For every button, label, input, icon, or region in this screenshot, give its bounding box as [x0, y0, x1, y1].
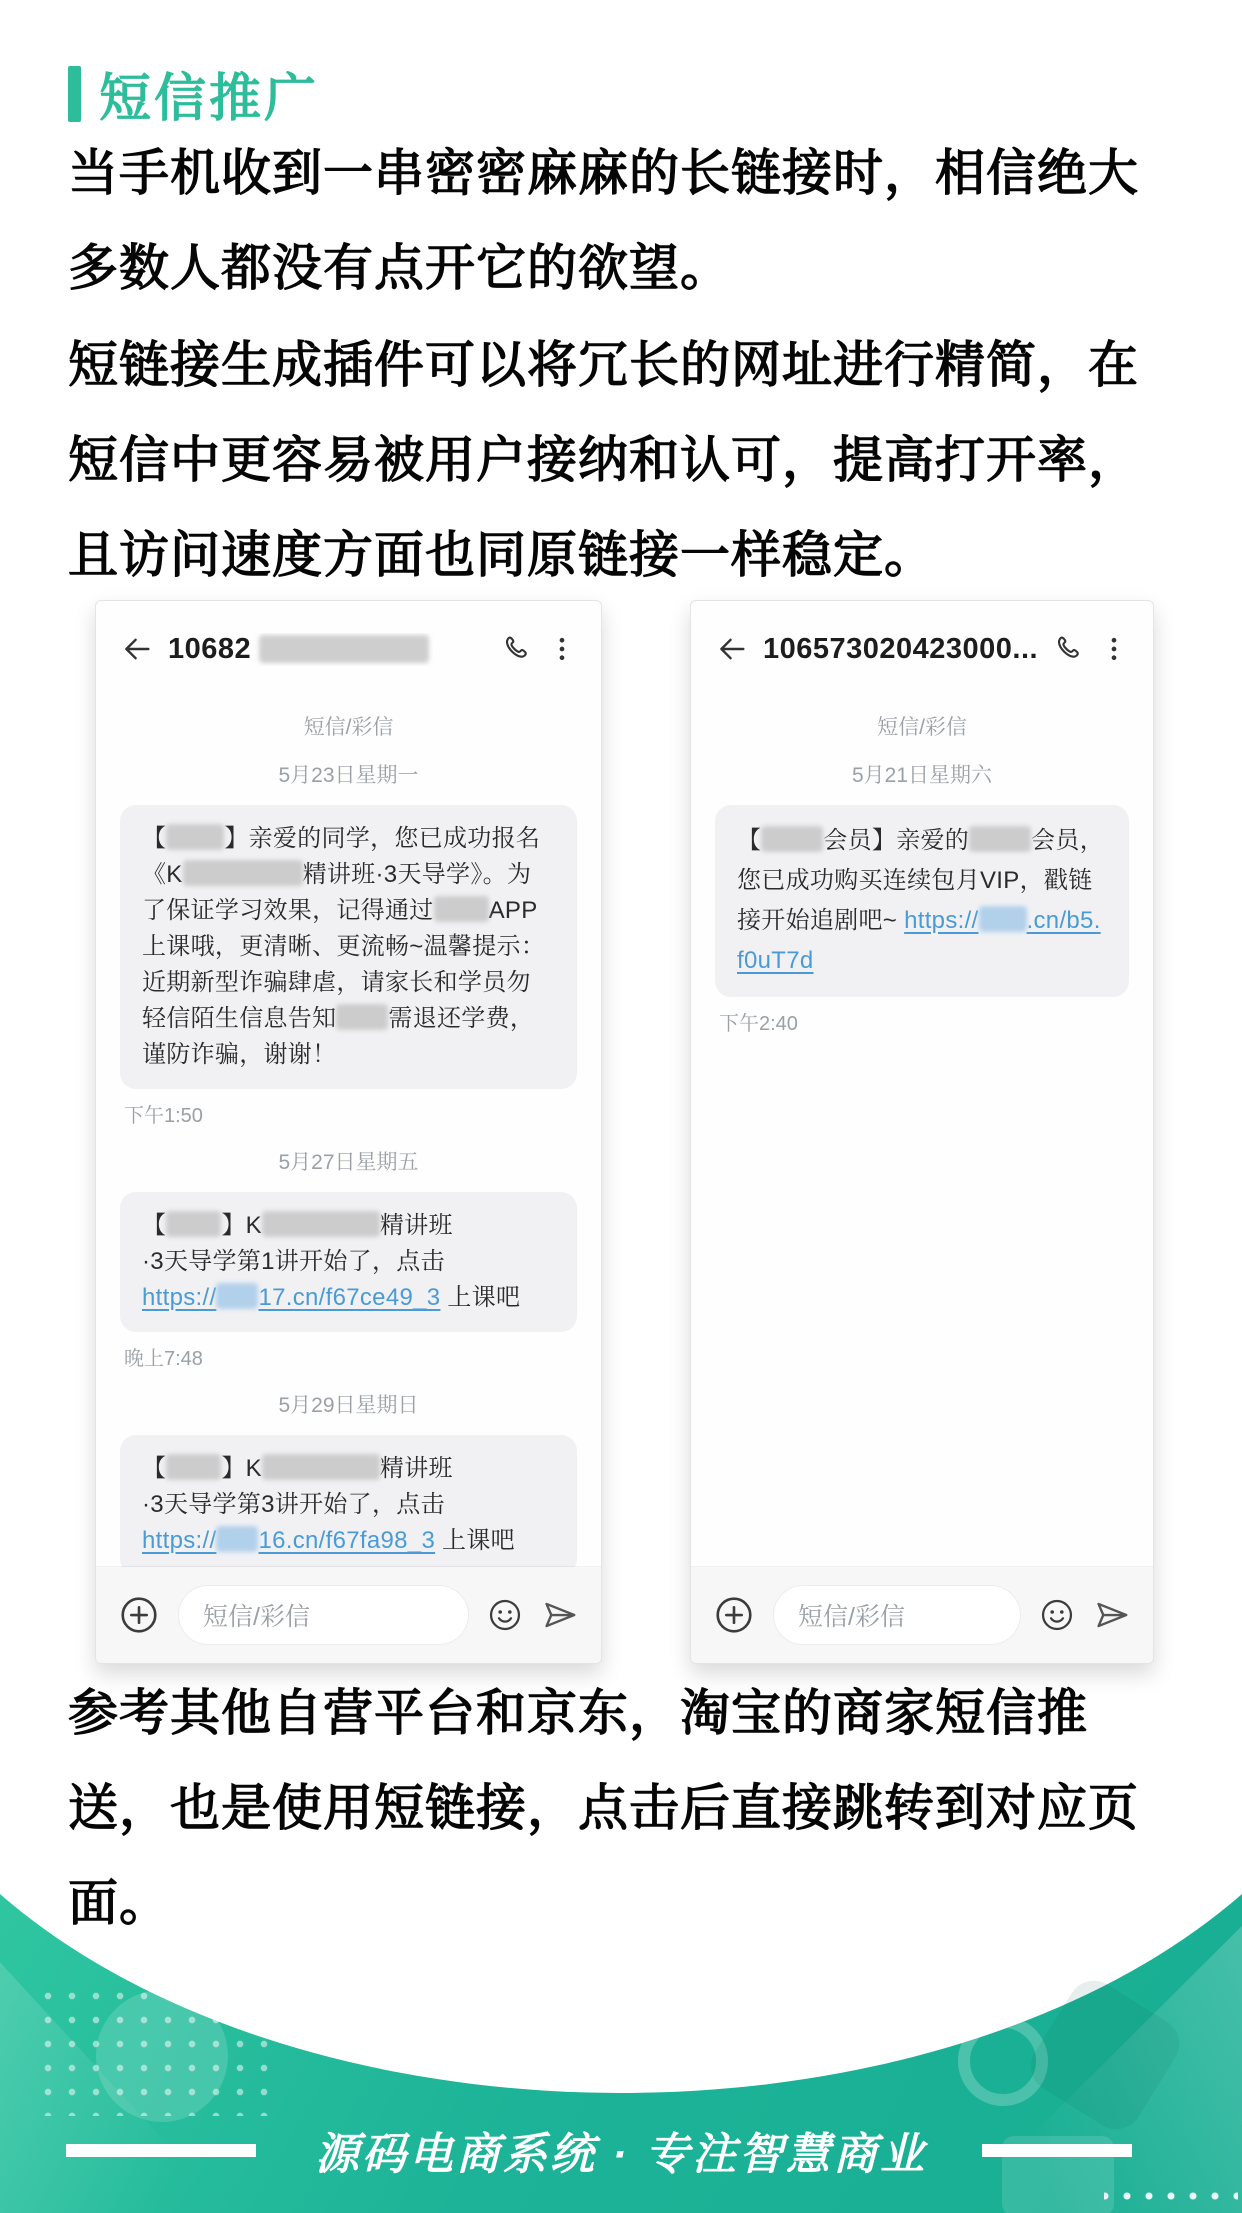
send-icon[interactable] [1093, 1596, 1131, 1634]
sms-message-bubble: 【会员】亲爱的会员，您已成功购买连续包月VIP，戳链接开始追剧吧~ https:… [715, 805, 1129, 997]
back-arrow-icon[interactable] [715, 632, 749, 666]
page-title: 短信推广 [99, 56, 319, 131]
sms-short-link[interactable]: https://17.cn/f67ce49_3 [142, 1284, 440, 1311]
message-text: 会员】亲爱的 [823, 827, 969, 854]
sms-thread: 短信/彩信5月23日星期一【】亲爱的同学，您已成功报名《K精讲班·3天导学》。为… [96, 697, 601, 1567]
footer-dot-grid [36, 1984, 272, 2116]
redacted-text [166, 824, 224, 850]
sms-app-header: 106573020423000... [691, 601, 1153, 697]
contact-number: 106573020423000... [763, 633, 1039, 666]
redacted-text [434, 896, 489, 922]
message-text: 精讲班 [380, 1212, 453, 1239]
message-text: 】K [221, 1455, 262, 1482]
date-divider: 5月23日星期一 [120, 759, 577, 789]
add-attachment-icon[interactable] [118, 1594, 160, 1636]
date-divider: 5月27日星期五 [120, 1146, 577, 1176]
message-timestamp: 下午2:40 [719, 1007, 1129, 1036]
redacted-text [969, 826, 1031, 852]
message-text: 精讲班 [380, 1455, 453, 1482]
thread-type-label: 短信/彩信 [120, 711, 577, 741]
message-text: ·3天导学第3讲开始了，点击 [142, 1491, 445, 1518]
title-accent-bar [68, 66, 81, 122]
message-text: 上课吧 [440, 1284, 520, 1311]
thread-type-label: 短信/彩信 [715, 711, 1129, 741]
brand-tagline: 源码电商系统 · 专注智慧商业 [0, 2118, 1242, 2182]
redacted-link-text [216, 1283, 258, 1309]
back-arrow-icon[interactable] [120, 632, 154, 666]
phone-call-icon[interactable] [501, 633, 533, 665]
intro-paragraph: 当手机收到一串密密麻麻的长链接时，相信绝大多数人都没有点开它的欲望。 [68, 126, 1186, 316]
link-text: 17.cn/f67ce49_3 [258, 1284, 440, 1311]
date-divider: 5月21日星期六 [715, 759, 1129, 789]
message-text: 【 [737, 827, 761, 854]
footer-dot-row [1104, 2190, 1238, 2202]
message-text: ·3天导学第1讲开始了，点击 [142, 1248, 445, 1275]
redacted-text [336, 1004, 388, 1030]
link-text: 16.cn/f67fa98_3 [258, 1527, 435, 1554]
message-text: 【 [142, 1212, 166, 1239]
message-input[interactable]: 短信/彩信 [773, 1585, 1021, 1645]
redacted-link-text [979, 906, 1027, 932]
sms-screenshot-left: 10682 短信/彩信5月23日星期一【】亲爱的同学，您已成功报名《K精讲班·3… [95, 600, 602, 1664]
sms-message-bubble: 【】亲爱的同学，您已成功报名《K精讲班·3天导学》。为了保证学习效果，记得通过A… [120, 805, 577, 1089]
benefit-paragraph: 短链接生成插件可以将冗长的网址进行精简，在短信中更容易被用户接纳和认可，提高打开… [68, 318, 1186, 603]
message-input-placeholder: 短信/彩信 [203, 1597, 310, 1633]
poster-page: 短信推广 当手机收到一串密密麻麻的长链接时，相信绝大多数人都没有点开它的欲望。 … [0, 0, 1242, 2213]
more-options-icon[interactable] [547, 634, 577, 664]
message-text: 上课吧 [435, 1527, 515, 1554]
redacted-text [262, 1211, 380, 1237]
message-text: 【 [142, 825, 166, 852]
sms-app-header: 10682 [96, 601, 601, 697]
sms-composer-bar: 短信/彩信 [691, 1567, 1153, 1663]
message-text: 】K [221, 1212, 262, 1239]
send-icon[interactable] [541, 1596, 579, 1634]
message-timestamp: 晚上7:48 [124, 1342, 577, 1371]
sms-thread: 短信/彩信5月21日星期六【会员】亲爱的会员，您已成功购买连续包月VIP，戳链接… [691, 697, 1153, 1567]
sms-composer-bar: 短信/彩信 [96, 1567, 601, 1663]
sms-screenshots-row: 10682 短信/彩信5月23日星期一【】亲爱的同学，您已成功报名《K精讲班·3… [95, 600, 1154, 1664]
emoji-icon[interactable] [1039, 1597, 1075, 1633]
redacted-text [262, 1454, 380, 1480]
message-input[interactable]: 短信/彩信 [178, 1585, 469, 1645]
sms-message-bubble: 【】K精讲班·3天导学第3讲开始了，点击https://16.cn/f67fa9… [120, 1435, 577, 1567]
emoji-icon[interactable] [487, 1597, 523, 1633]
redacted-text [166, 1211, 221, 1237]
redacted-text [761, 826, 823, 852]
more-options-icon[interactable] [1099, 634, 1129, 664]
phone-call-icon[interactable] [1053, 633, 1085, 665]
message-timestamp: 下午1:50 [124, 1099, 577, 1128]
contact-number: 10682 [168, 633, 487, 666]
link-text: https:// [904, 907, 978, 934]
message-text: 【 [142, 1455, 166, 1482]
add-attachment-icon[interactable] [713, 1594, 755, 1636]
redacted-contact [259, 635, 429, 663]
redacted-text [166, 1454, 221, 1480]
section-title-row: 短信推广 [68, 56, 319, 131]
link-text: https:// [142, 1284, 216, 1311]
sms-message-bubble: 【】K精讲班·3天导学第1讲开始了，点击https://17.cn/f67ce4… [120, 1192, 577, 1332]
date-divider: 5月29日星期日 [120, 1389, 577, 1419]
link-text: https:// [142, 1527, 216, 1554]
sms-short-link[interactable]: https://16.cn/f67fa98_3 [142, 1527, 435, 1554]
sms-screenshot-right: 106573020423000... 短信/彩信5月21日星期六【会员】亲爱的会… [690, 600, 1154, 1664]
redacted-link-text [216, 1526, 258, 1552]
closing-paragraph: 参考其他自营平台和京东，淘宝的商家短信推送，也是使用短链接，点击后直接跳转到对应… [68, 1666, 1186, 1951]
redacted-text [183, 860, 303, 886]
message-input-placeholder: 短信/彩信 [798, 1597, 905, 1633]
